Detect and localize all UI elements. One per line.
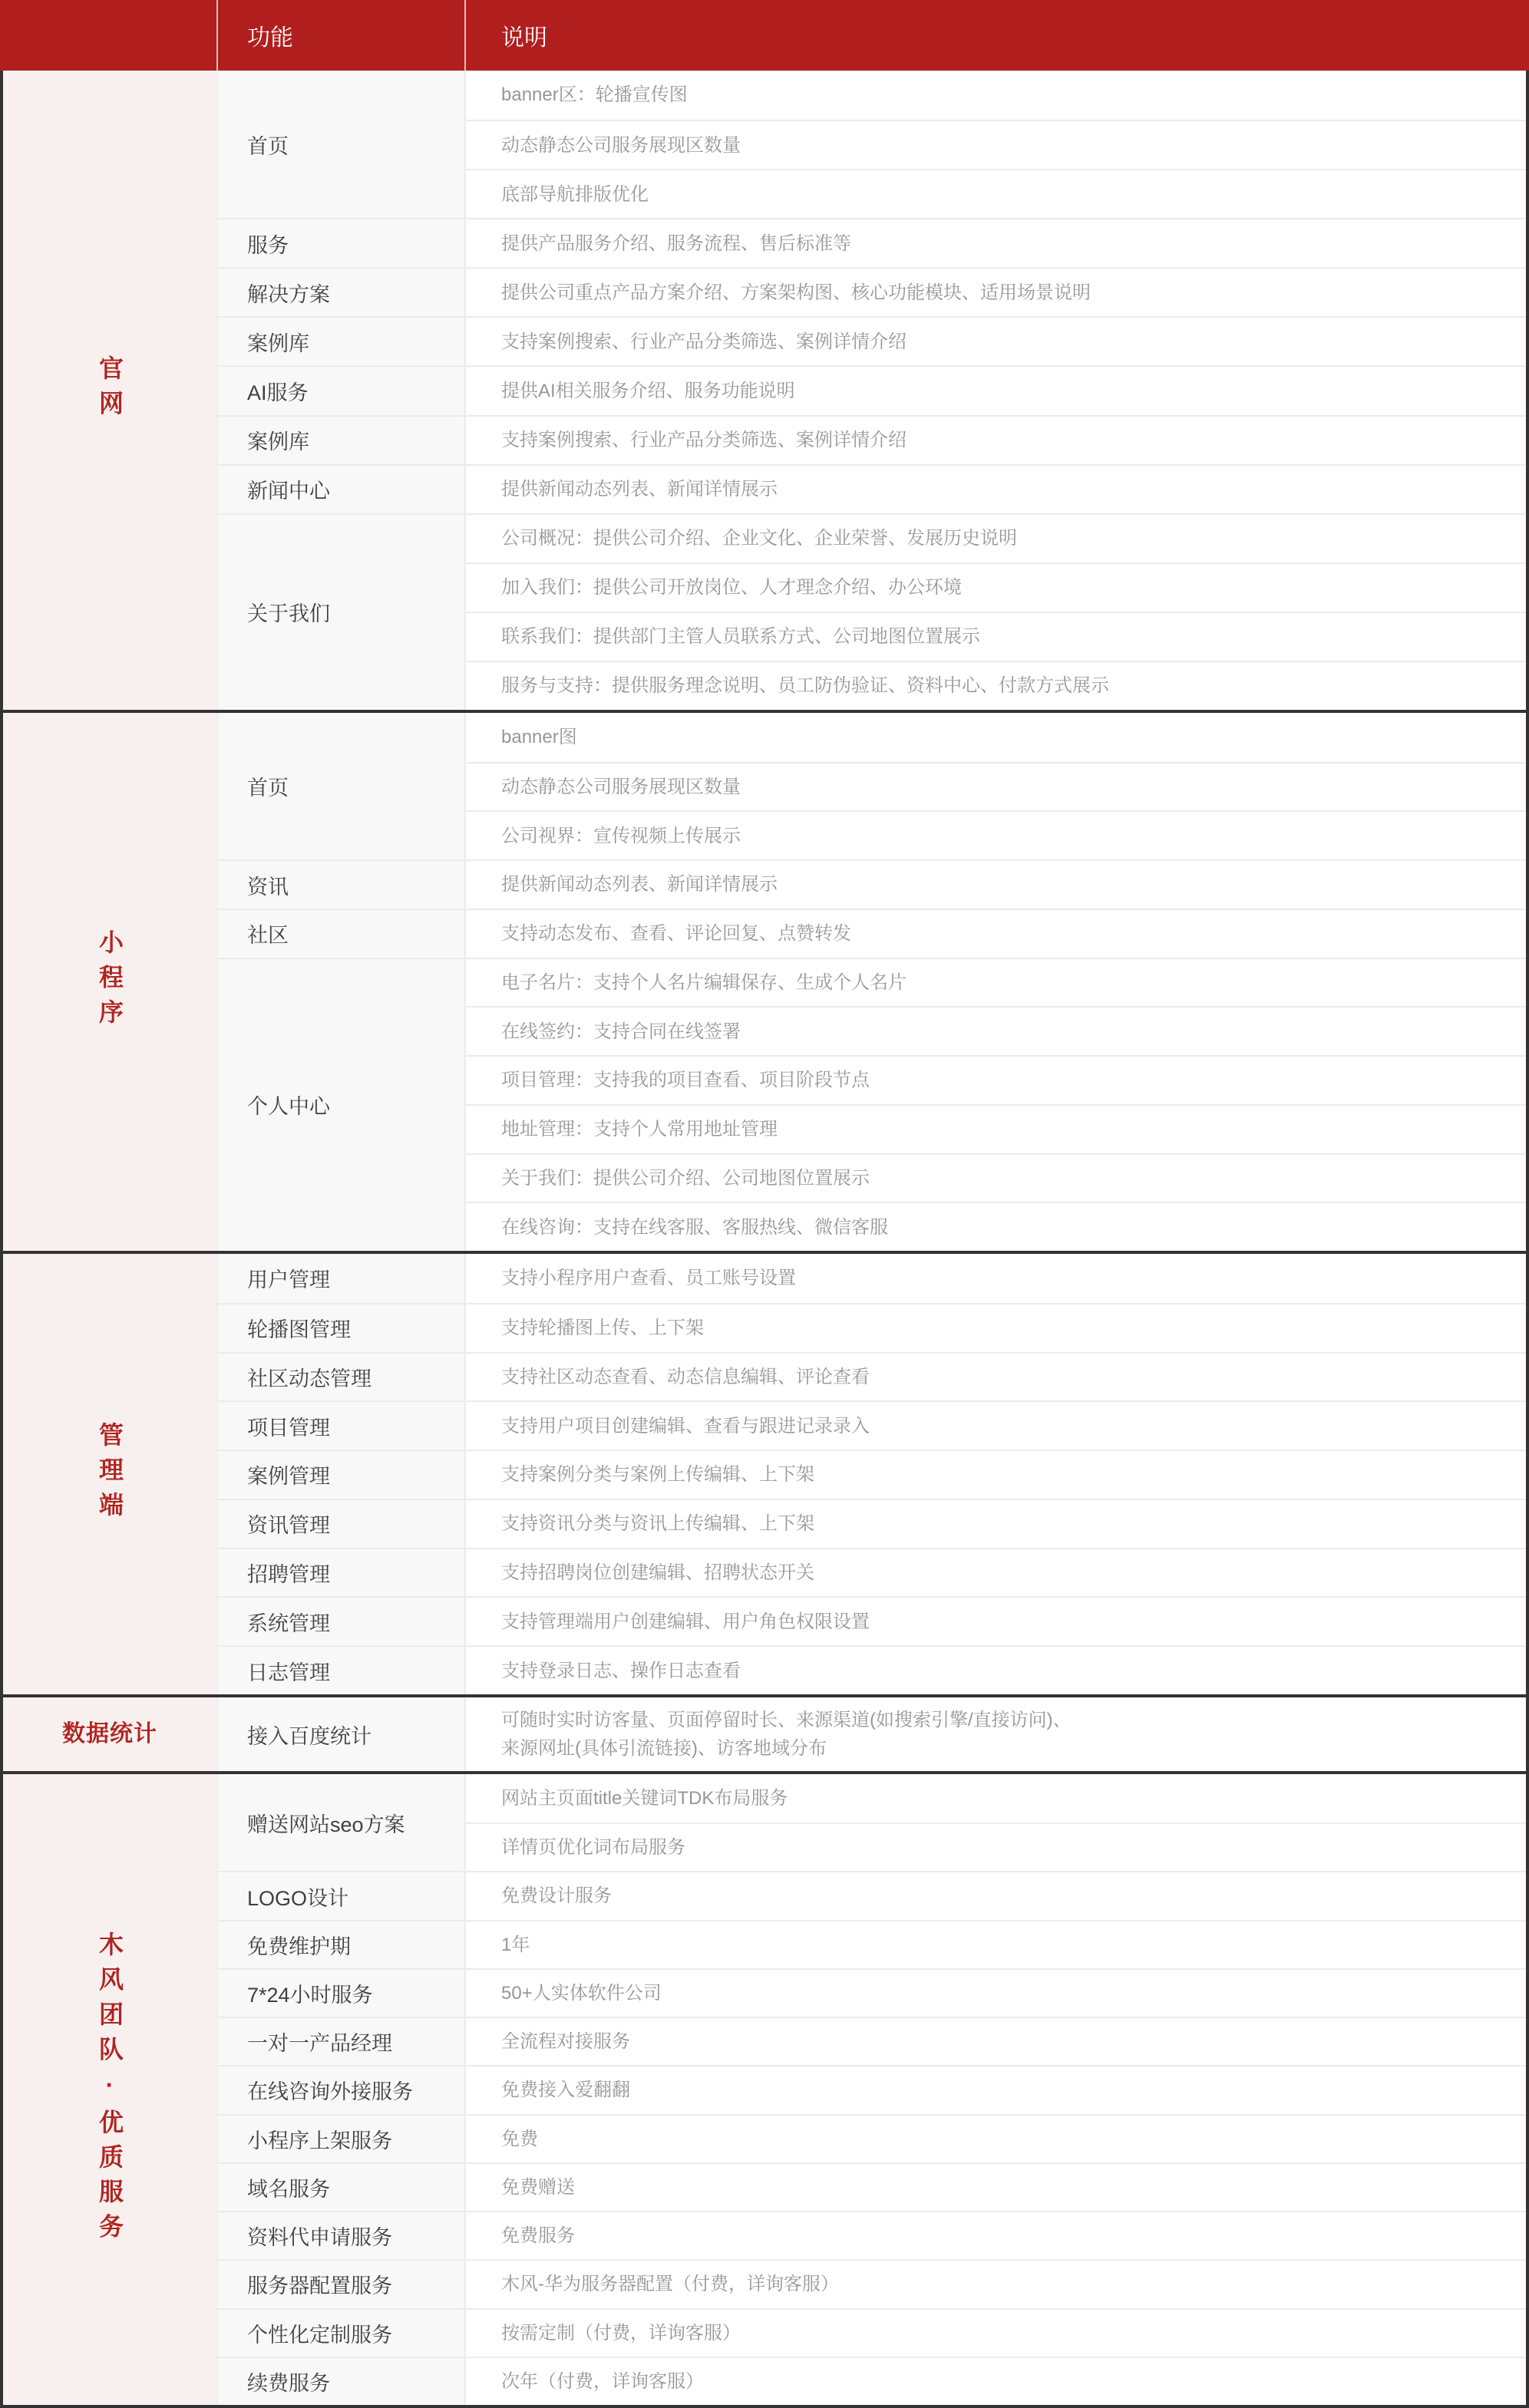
description-cell: 支持管理端用户创建编辑、用户角色权限设置 bbox=[464, 1596, 1526, 1645]
description-cell: 支持资讯分类与资讯上传编辑、上下架 bbox=[464, 1499, 1526, 1548]
section-3: 管理端用户管理支持小程序用户查看、员工账号设置轮播图管理支持轮播图上传、上下架社… bbox=[3, 1251, 1526, 1694]
description-cell: 提供AI相关服务介绍、服务功能说明 bbox=[464, 365, 1526, 414]
description-cell: 1年 bbox=[464, 1920, 1526, 1968]
description-cell: 提供产品服务介绍、服务流程、售后标准等 bbox=[464, 218, 1526, 267]
description-cell: 支持案例搜索、行业产品分类筛选、案例详情介绍 bbox=[464, 415, 1526, 464]
category-label: 小程序 bbox=[3, 713, 216, 1251]
feature-cell: 服务 bbox=[216, 218, 464, 267]
description-cell: 在线咨询：支持在线客服、客服热线、微信客服 bbox=[464, 1202, 1526, 1251]
description-cell: 全流程对接服务 bbox=[464, 2017, 1526, 2065]
description-cell: 加入我们：提供公司开放岗位、人才理念介绍、办公环境 bbox=[464, 562, 1526, 612]
description-cell: 联系我们：提供部门主管人员联系方式、公司地图位置展示 bbox=[464, 612, 1526, 661]
feature-cell: 日志管理 bbox=[216, 1645, 464, 1694]
description-cell: 服务与支持：提供服务理念说明、员工防伪验证、资料中心、付款方式展示 bbox=[464, 661, 1526, 710]
feature-cell: 案例库 bbox=[216, 415, 464, 464]
category-label: 管理端 bbox=[3, 1254, 216, 1694]
description-cell: 详情页优化词布局服务 bbox=[464, 1822, 1526, 1871]
feature-cell: 解决方案 bbox=[216, 267, 464, 316]
feature-cell: 小程序上架服务 bbox=[216, 2114, 464, 2162]
feature-cell: 资讯 bbox=[216, 859, 464, 909]
feature-cell: 招聘管理 bbox=[216, 1548, 464, 1597]
header-description-label: 说明 bbox=[464, 0, 1529, 71]
description-cell: 支持社区动态查看、动态信息编辑、评论查看 bbox=[464, 1352, 1526, 1401]
description-cell: 免费 bbox=[464, 2114, 1526, 2162]
description-cell: 免费设计服务 bbox=[464, 1871, 1526, 1919]
description-cell: 支持招聘岗位创建编辑、招聘状态开关 bbox=[464, 1548, 1526, 1597]
description-cell: 动态静态公司服务展现区数量 bbox=[464, 762, 1526, 811]
description-cell: 支持案例分类与案例上传编辑、上下架 bbox=[464, 1450, 1526, 1499]
feature-cell: 域名服务 bbox=[216, 2162, 464, 2211]
description-cell: banner图 bbox=[464, 713, 1526, 762]
feature-cell: 资讯管理 bbox=[216, 1499, 464, 1548]
description-cell: 项目管理：支持我的项目查看、项目阶段节点 bbox=[464, 1055, 1526, 1104]
feature-cell: 首页 bbox=[216, 71, 464, 218]
description-cell: 免费服务 bbox=[464, 2211, 1526, 2259]
description-cell: 底部导航排版优化 bbox=[464, 169, 1526, 218]
description-cell: 木风-华为服务器配置（付费，详询客服） bbox=[464, 2259, 1526, 2307]
feature-cell: 关于我们 bbox=[216, 513, 464, 710]
feature-cell: 服务器配置服务 bbox=[216, 2259, 464, 2307]
section-2: 小程序首页banner图动态静态公司服务展现区数量公司视界：宣传视频上传展示资讯… bbox=[3, 710, 1526, 1251]
feature-cell: 轮播图管理 bbox=[216, 1303, 464, 1352]
description-cell: 按需定制（付费，详询客服） bbox=[464, 2308, 1526, 2357]
category-label: 木风团队·优质服务 bbox=[3, 1774, 216, 2405]
description-cell: 支持案例搜索、行业产品分类筛选、案例详情介绍 bbox=[464, 316, 1526, 365]
feature-cell: 续费服务 bbox=[216, 2357, 464, 2405]
table-body: 官网首页banner区：轮播宣传图动态静态公司服务展现区数量底部导航排版优化服务… bbox=[0, 71, 1529, 2408]
feature-cell: 免费维护期 bbox=[216, 1920, 464, 1968]
feature-cell: 案例管理 bbox=[216, 1450, 464, 1499]
description-cell: 支持小程序用户查看、员工账号设置 bbox=[464, 1254, 1526, 1303]
description-cell: 公司概况：提供公司介绍、企业文化、企业荣誉、发展历史说明 bbox=[464, 513, 1526, 562]
feature-cell: 在线咨询外接服务 bbox=[216, 2065, 464, 2113]
description-cell: 地址管理：支持个人常用地址管理 bbox=[464, 1104, 1526, 1153]
feature-cell: 接入百度统计 bbox=[216, 1697, 464, 1771]
feature-cell: 案例库 bbox=[216, 316, 464, 365]
description-cell: 支持动态发布、查看、评论回复、点赞转发 bbox=[464, 909, 1526, 958]
section-4: 数据统计接入百度统计可随时实时访客量、页面停留时长、来源渠道(如搜索引擎/直接访… bbox=[3, 1694, 1526, 1771]
feature-cell: 社区 bbox=[216, 909, 464, 958]
description-cell: 支持轮播图上传、上下架 bbox=[464, 1303, 1526, 1352]
description-cell: 次年（付费，详询客服） bbox=[464, 2357, 1526, 2405]
feature-cell: 一对一产品经理 bbox=[216, 2017, 464, 2065]
feature-cell: 新闻中心 bbox=[216, 464, 464, 513]
description-cell: 提供新闻动态列表、新闻详情展示 bbox=[464, 859, 1526, 909]
feature-cell: LOGO设计 bbox=[216, 1871, 464, 1919]
section-1: 官网首页banner区：轮播宣传图动态静态公司服务展现区数量底部导航排版优化服务… bbox=[3, 71, 1526, 710]
category-label: 数据统计 bbox=[3, 1697, 216, 1771]
table-header: 功能 说明 bbox=[0, 0, 1529, 71]
description-cell: 网站主页面title关键词TDK布局服务 bbox=[464, 1774, 1526, 1822]
description-cell: 提供新闻动态列表、新闻详情展示 bbox=[464, 464, 1526, 513]
description-cell: 电子名片：支持个人名片编辑保存、生成个人名片 bbox=[464, 958, 1526, 1007]
feature-cell: 赠送网站seo方案 bbox=[216, 1774, 464, 1871]
feature-cell: 资料代申请服务 bbox=[216, 2211, 464, 2259]
category-label: 官网 bbox=[3, 71, 216, 710]
description-cell: 免费接入爱翻翻 bbox=[464, 2065, 1526, 2113]
spec-table-page: 功能 说明 官网首页banner区：轮播宣传图动态静态公司服务展现区数量底部导航… bbox=[0, 0, 1529, 2408]
description-cell: banner区：轮播宣传图 bbox=[464, 71, 1526, 120]
description-cell: 支持登录日志、操作日志查看 bbox=[464, 1645, 1526, 1694]
header-category-spacer bbox=[0, 0, 216, 71]
description-cell: 动态静态公司服务展现区数量 bbox=[464, 120, 1526, 169]
feature-cell: 项目管理 bbox=[216, 1400, 464, 1450]
feature-cell: 社区动态管理 bbox=[216, 1352, 464, 1401]
description-cell: 公司视界：宣传视频上传展示 bbox=[464, 810, 1526, 859]
description-cell: 50+人实体软件公司 bbox=[464, 1968, 1526, 2017]
description-cell: 在线签约：支持合同在线签署 bbox=[464, 1006, 1526, 1055]
section-5: 木风团队·优质服务赠送网站seo方案网站主页面title关键词TDK布局服务详情… bbox=[3, 1771, 1526, 2405]
description-cell: 可随时实时访客量、页面停留时长、来源渠道(如搜索引擎/直接访问)、 来源网址(具… bbox=[464, 1697, 1526, 1771]
feature-cell: 系统管理 bbox=[216, 1596, 464, 1645]
feature-cell: 个性化定制服务 bbox=[216, 2308, 464, 2357]
feature-cell: AI服务 bbox=[216, 365, 464, 414]
description-cell: 提供公司重点产品方案介绍、方案架构图、核心功能模块、适用场景说明 bbox=[464, 267, 1526, 316]
header-function-label: 功能 bbox=[216, 0, 464, 71]
feature-cell: 个人中心 bbox=[216, 958, 464, 1251]
feature-cell: 7*24小时服务 bbox=[216, 1968, 464, 2017]
feature-cell: 首页 bbox=[216, 713, 464, 859]
description-cell: 免费赠送 bbox=[464, 2162, 1526, 2211]
description-cell: 关于我们：提供公司介绍、公司地图位置展示 bbox=[464, 1153, 1526, 1202]
description-cell: 支持用户项目创建编辑、查看与跟进记录录入 bbox=[464, 1400, 1526, 1450]
feature-cell: 用户管理 bbox=[216, 1254, 464, 1303]
